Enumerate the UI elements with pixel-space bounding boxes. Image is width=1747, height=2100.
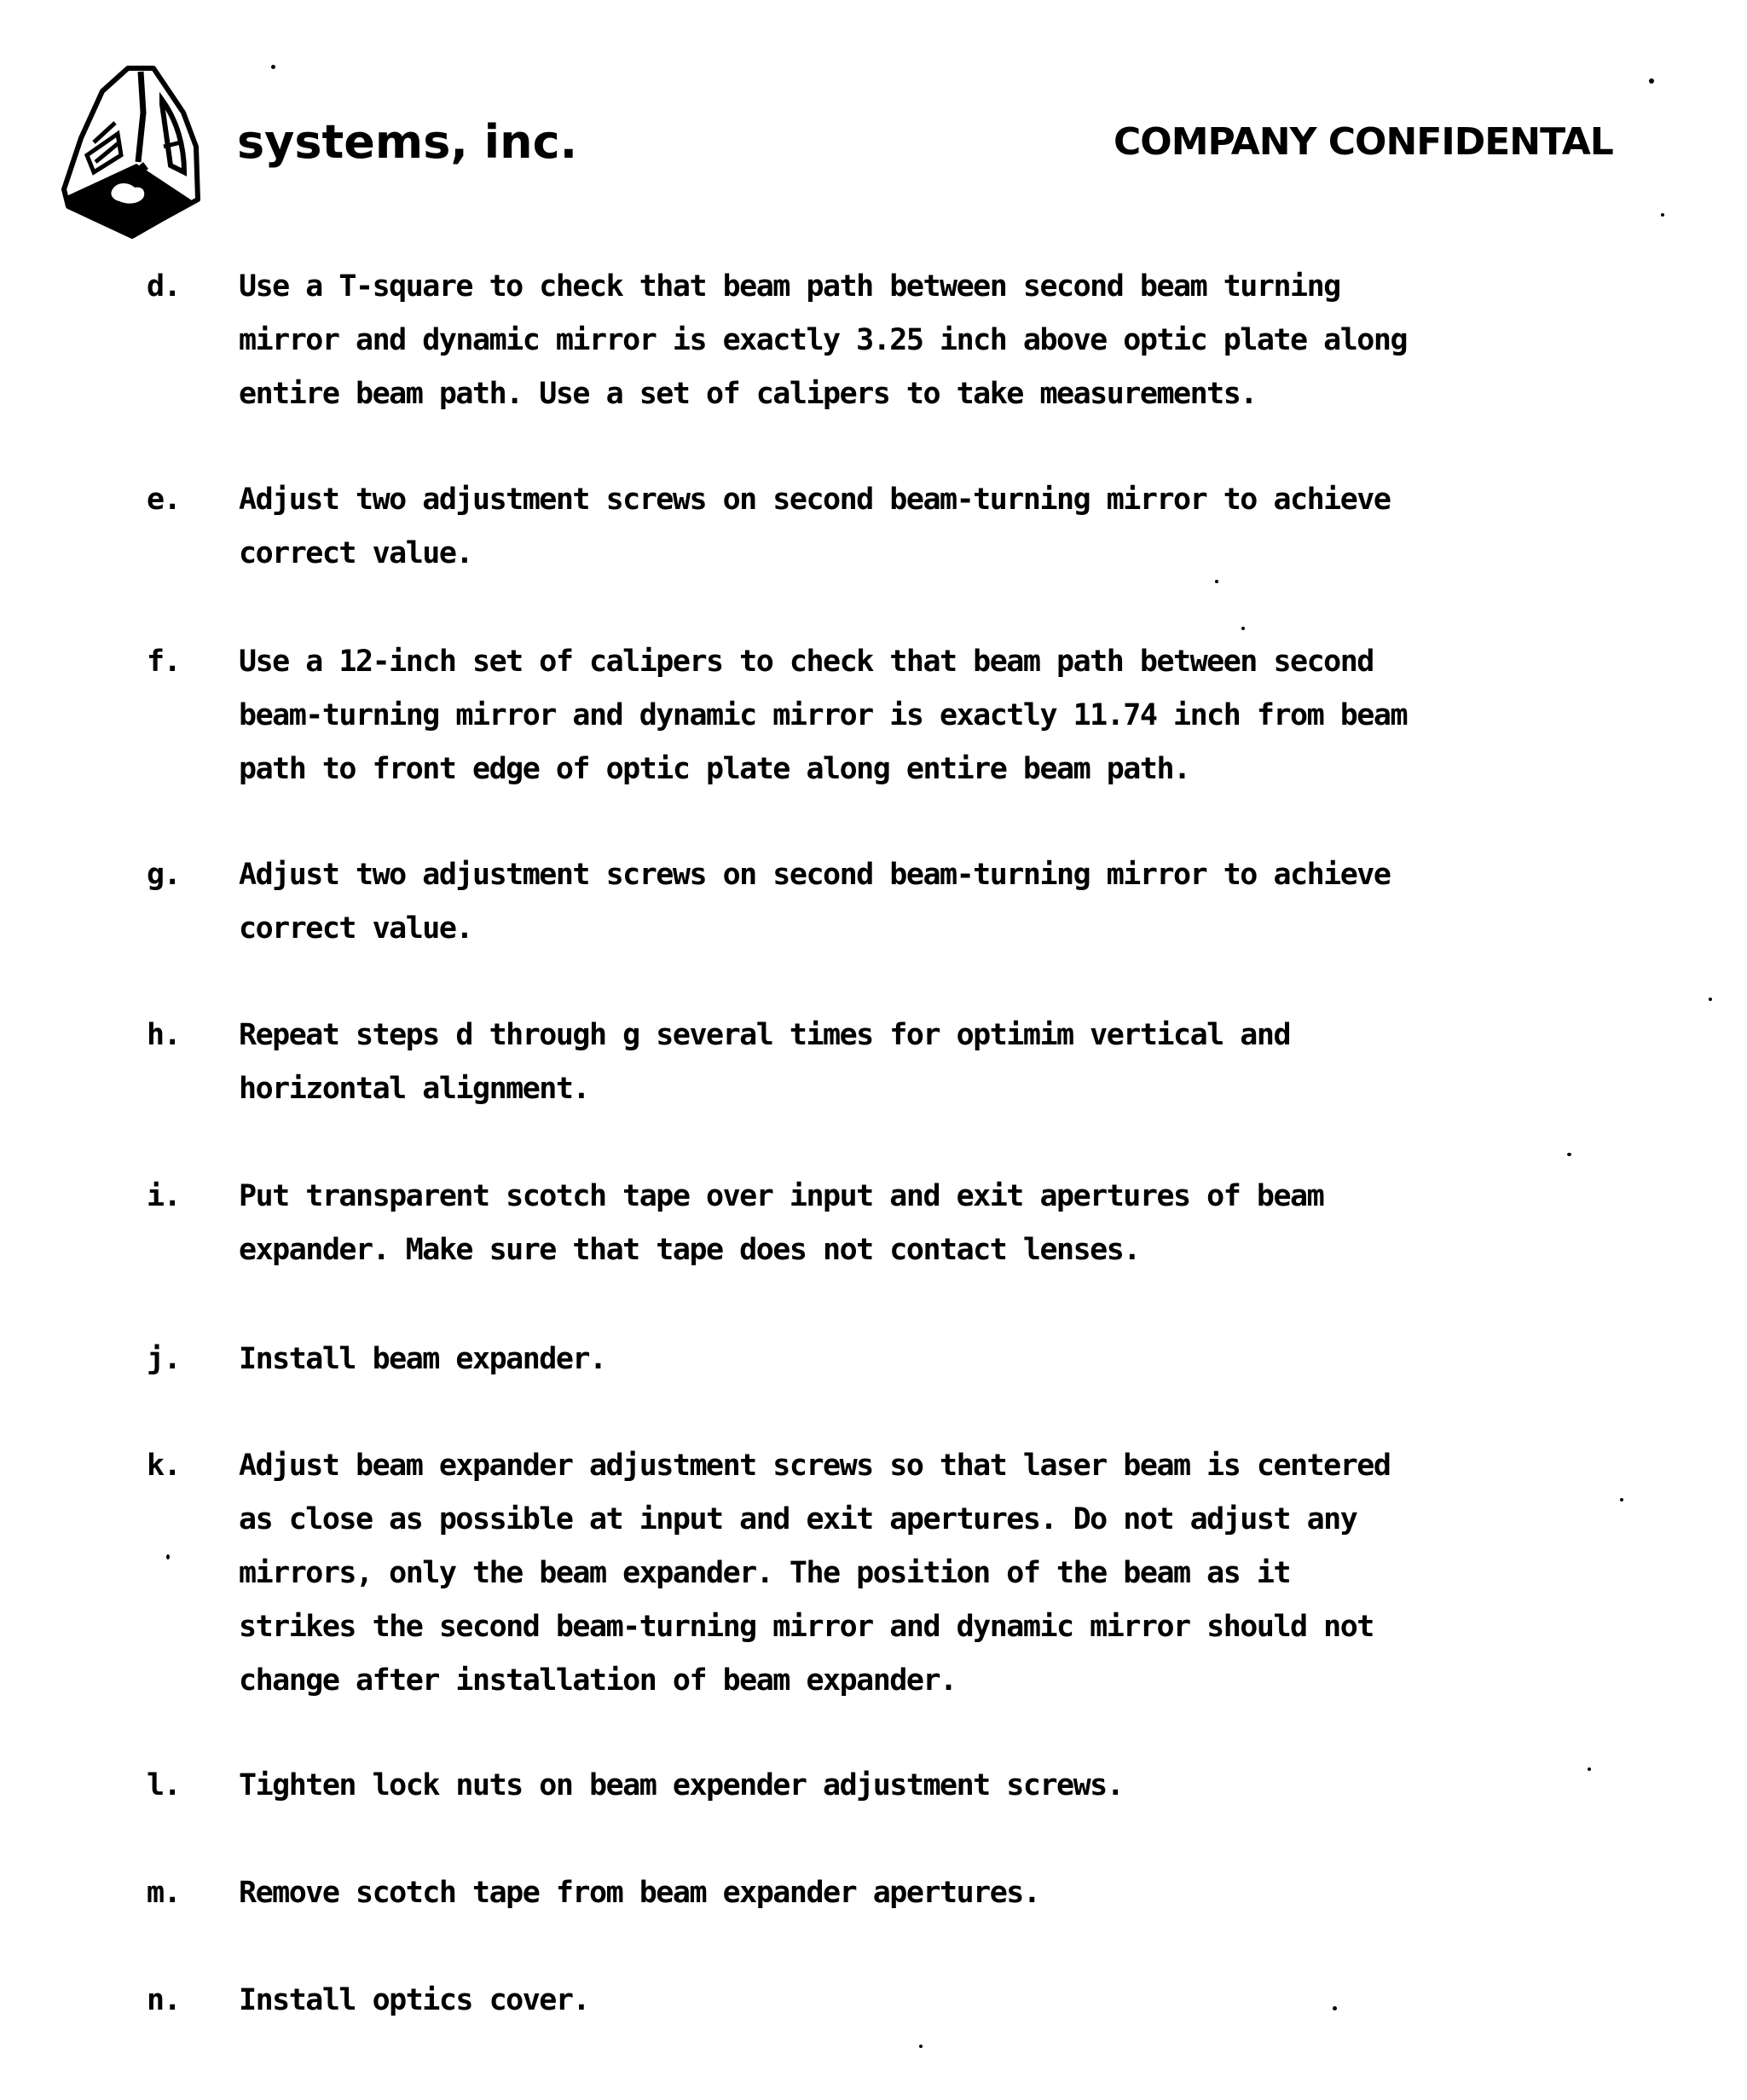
scan-speck — [1215, 580, 1218, 583]
step-letter: g. — [147, 848, 180, 902]
scan-speck — [1241, 627, 1245, 630]
step-letter: d. — [147, 260, 180, 314]
step-text: Use a T-square to check that beam path b… — [239, 260, 1518, 421]
step-text: Use a 12-inch set of calipers to check t… — [239, 635, 1518, 796]
step-text: Install optics cover. — [239, 1974, 1518, 2028]
scan-speck — [166, 1554, 170, 1559]
step-text: Adjust two adjustment screws on second b… — [239, 473, 1518, 581]
step-text: Remove scotch tape from beam expander ap… — [239, 1866, 1518, 1920]
scan-speck — [1333, 2006, 1337, 2010]
procedure-steps: d. Use a T-square to check that beam pat… — [0, 0, 1747, 2100]
step-text: Adjust two adjustment screws on second b… — [239, 848, 1518, 956]
step-letter: m. — [147, 1866, 180, 1920]
scan-speck — [919, 2045, 923, 2048]
step-letter: k. — [147, 1439, 180, 1493]
scan-speck — [1620, 1498, 1623, 1501]
step-text: Install beam expander. — [239, 1333, 1518, 1386]
step-letter: n. — [147, 1974, 180, 2028]
step-letter: f. — [147, 635, 180, 689]
step-text: Adjust beam expander adjustment screws s… — [239, 1439, 1518, 1708]
scan-speck — [1649, 78, 1654, 84]
step-text: Repeat steps d through g several times f… — [239, 1009, 1518, 1116]
scan-speck — [1709, 998, 1712, 1001]
step-text: Put transparent scotch tape over input a… — [239, 1170, 1518, 1277]
scan-speck — [1567, 1153, 1571, 1156]
step-letter: j. — [147, 1333, 180, 1386]
step-letter: h. — [147, 1009, 180, 1062]
scan-speck — [1661, 213, 1664, 217]
step-letter: i. — [147, 1170, 180, 1224]
step-letter: e. — [147, 473, 180, 527]
scan-speck — [271, 65, 275, 69]
step-text: Tighten lock nuts on beam expender adjus… — [239, 1759, 1518, 1813]
scan-speck — [1588, 1767, 1591, 1771]
step-letter: l. — [147, 1759, 180, 1813]
